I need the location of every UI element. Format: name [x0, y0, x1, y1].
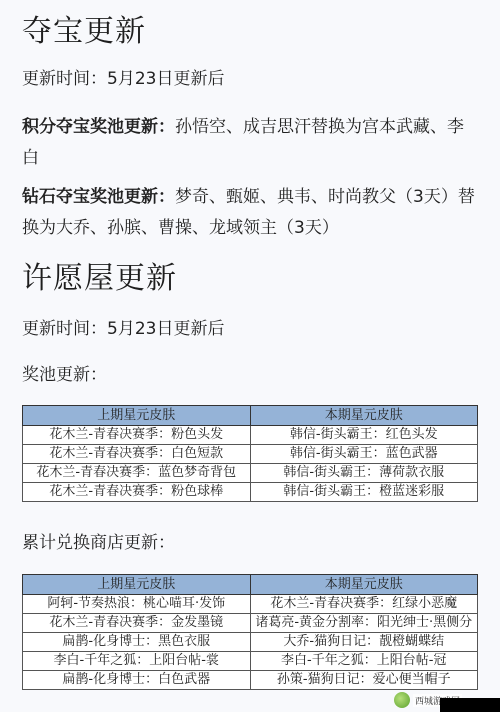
cell-previous: 花木兰-青春决赛季：金发墨镜 — [23, 614, 251, 633]
cell-current: 花木兰-青春决赛季：红绿小恶魔 — [250, 595, 478, 614]
wish-update-time: 更新时间：5月23日更新后 — [22, 314, 480, 345]
cell-current: 孙策-猫狗日记：爱心便当帽子 — [250, 671, 478, 690]
header-current: 本期星元皮肤 — [250, 406, 478, 426]
table-row: 花木兰-青春决赛季：蓝色梦奇背包 韩信-街头霸王：薄荷款衣服 — [23, 464, 478, 483]
section-title-treasure: 夺宝更新 — [22, 14, 146, 50]
points-pool-label: 积分夺宝奖池更新： — [22, 117, 175, 137]
header-current: 本期星元皮肤 — [250, 575, 478, 595]
cell-previous: 阿轲-节奏热浪：桃心喵耳·发饰 — [23, 595, 251, 614]
pool-skin-table: 上期星元皮肤 本期星元皮肤 花木兰-青春决赛季：粉色头发 韩信-街头霸王：红色头… — [22, 405, 478, 502]
points-pool-update: 积分夺宝奖池更新：孙悟空、成吉思汗替换为宫本武藏、李白 — [22, 112, 480, 174]
cell-current: 韩信-街头霸王：红色头发 — [250, 426, 478, 445]
exchange-skin-table: 上期星元皮肤 本期星元皮肤 阿轲-节奏热浪：桃心喵耳·发饰 花木兰-青春决赛季：… — [22, 574, 478, 690]
cell-previous: 花木兰-青春决赛季：蓝色梦奇背包 — [23, 464, 251, 483]
treasure-update-time: 更新时间：5月23日更新后 — [22, 64, 480, 95]
cell-current: 韩信-街头霸王：橙蓝迷彩服 — [250, 483, 478, 502]
cell-current: 大乔-猫狗日记：靓橙蝴蝶结 — [250, 633, 478, 652]
header-previous: 上期星元皮肤 — [23, 575, 251, 595]
diamond-pool-label: 钻石夺宝奖池更新： — [22, 187, 175, 207]
table-header-row: 上期星元皮肤 本期星元皮肤 — [23, 406, 478, 426]
table-row: 花木兰-青春决赛季：粉色球棒 韩信-街头霸王：橙蓝迷彩服 — [23, 483, 478, 502]
exchange-store-label: 累计兑换商店更新： — [22, 528, 480, 559]
table-row: 阿轲-节奏热浪：桃心喵耳·发饰 花木兰-青春决赛季：红绿小恶魔 — [23, 595, 478, 614]
table-row: 花木兰-青春决赛季：金发墨镜 诸葛亮-黄金分割率：阳光绅士·黑侧分 — [23, 614, 478, 633]
cell-current: 韩信-街头霸王：薄荷款衣服 — [250, 464, 478, 483]
watermark-logo-icon — [394, 692, 410, 708]
table-header-row: 上期星元皮肤 本期星元皮肤 — [23, 575, 478, 595]
watermark: 西城游戏网 — [390, 688, 500, 712]
pool-update-label: 奖池更新： — [22, 360, 480, 391]
cell-previous: 扁鹊-化身博士：白色武器 — [23, 671, 251, 690]
article: 夺宝更新 更新时间：5月23日更新后 积分夺宝奖池更新：孙悟空、成吉思汗替换为宫… — [0, 0, 500, 712]
cell-current: 韩信-街头霸王：蓝色武器 — [250, 445, 478, 464]
cell-previous: 花木兰-青春决赛季：白色短款 — [23, 445, 251, 464]
cell-previous: 花木兰-青春决赛季：粉色球棒 — [23, 483, 251, 502]
table-row: 李白-千年之狐：上阳台帖-裳 李白-千年之狐：上阳台帖-冠 — [23, 652, 478, 671]
watermark-black-bar — [440, 698, 500, 712]
table-row: 花木兰-青春决赛季：白色短款 韩信-街头霸王：蓝色武器 — [23, 445, 478, 464]
table-row: 扁鹊-化身博士：黑色衣服 大乔-猫狗日记：靓橙蝴蝶结 — [23, 633, 478, 652]
cell-previous: 花木兰-青春决赛季：粉色头发 — [23, 426, 251, 445]
header-previous: 上期星元皮肤 — [23, 406, 251, 426]
cell-previous: 李白-千年之狐：上阳台帖-裳 — [23, 652, 251, 671]
table-row: 花木兰-青春决赛季：粉色头发 韩信-街头霸王：红色头发 — [23, 426, 478, 445]
cell-current: 李白-千年之狐：上阳台帖-冠 — [250, 652, 478, 671]
diamond-pool-update: 钻石夺宝奖池更新：梦奇、甄姬、典韦、时尚教父（3天）替换为大乔、孙膑、曹操、龙域… — [22, 182, 480, 244]
cell-previous: 扁鹊-化身博士：黑色衣服 — [23, 633, 251, 652]
cell-current: 诸葛亮-黄金分割率：阳光绅士·黑侧分 — [250, 614, 478, 633]
section-title-wish-house: 许愿屋更新 — [22, 261, 177, 297]
table-row: 扁鹊-化身博士：白色武器 孙策-猫狗日记：爱心便当帽子 — [23, 671, 478, 690]
